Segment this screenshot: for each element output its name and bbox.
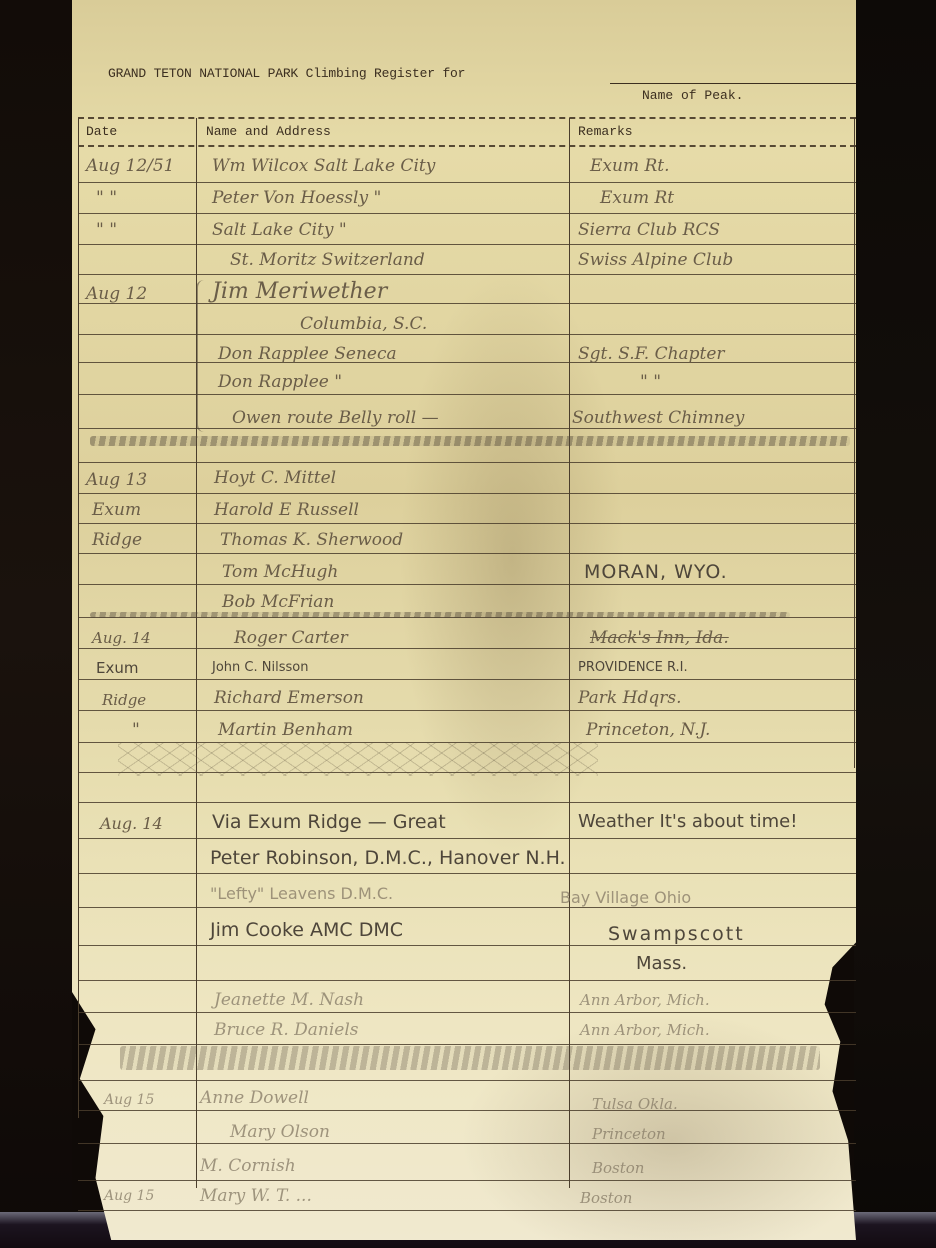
entry-date: Aug 13 [86, 468, 147, 492]
entry-date: Exum [96, 656, 138, 680]
entry-remarks: Ann Arbor, Mich. [580, 1018, 710, 1042]
row-line [78, 873, 856, 874]
row-line [78, 802, 856, 803]
row-line [78, 1012, 856, 1013]
row-line [78, 838, 856, 839]
entry-remarks: Boston [592, 1156, 644, 1180]
entry-name: John C. Nilsson [212, 656, 308, 680]
row-line [78, 1044, 856, 1045]
entry-name: Jeanette M. Nash [214, 988, 364, 1012]
table-top-border [78, 117, 856, 119]
row-line [78, 1080, 856, 1081]
row-line [78, 1110, 856, 1111]
entry-name: Wm Wilcox Salt Lake City [212, 154, 435, 178]
entry-name: Bob McFrian [222, 590, 334, 614]
entry-remarks: Bay Village Ohio [560, 886, 691, 910]
row-line [78, 1210, 856, 1211]
entry-remarks: Swiss Alpine Club [578, 248, 733, 272]
entry-name: Mary Olson [230, 1120, 330, 1144]
entry-name: Salt Lake City " [212, 218, 347, 242]
row-line [78, 334, 856, 335]
entry-name: Anne Dowell [200, 1086, 309, 1110]
name-column-divider [569, 118, 570, 1188]
column-header-date: Date [86, 124, 117, 139]
entry-name: Harold E Russell [214, 498, 359, 522]
entry-date: Aug. 14 [92, 626, 151, 650]
entry-date: " " [96, 186, 117, 210]
entry-remarks: Ann Arbor, Mich. [580, 988, 710, 1012]
entry-remarks: Mack's Inn, Ida. [590, 626, 729, 650]
entry-name: Bruce R. Daniels [214, 1018, 359, 1042]
entry-name: "Lefty" Leavens D.M.C. [210, 882, 393, 906]
entry-date: Ridge [92, 528, 142, 552]
row-line [78, 462, 856, 463]
entry-remarks: Sierra Club RCS [578, 218, 720, 242]
row-line [78, 493, 856, 494]
entry-name: Jim Cooke AMC DMC [210, 918, 403, 942]
entry-remarks: Princeton, N.J. [586, 718, 710, 742]
background-left [0, 0, 72, 1248]
row-line [78, 244, 856, 245]
scribbled-separator [90, 436, 850, 446]
entry-remarks: Princeton [592, 1122, 666, 1146]
header-bottom-border [78, 145, 856, 147]
entry-date: Aug 15 [104, 1088, 154, 1112]
scribbled-separator [90, 612, 790, 618]
row-line [78, 362, 856, 363]
entry-name: Columbia, S.C. [300, 312, 427, 336]
entry-name: Tom McHugh [222, 560, 338, 584]
entry-remarks: Southwest Chimney [572, 406, 744, 430]
entry-remarks: Park Hdqrs. [578, 686, 682, 710]
entry-name: Peter Von Hoessly " [212, 186, 381, 210]
row-line [78, 1180, 856, 1181]
entry-date: " [132, 718, 140, 742]
entry-name: M. Cornish [200, 1154, 296, 1178]
date-column-divider [196, 118, 197, 1188]
entry-remarks: Swampscott [608, 922, 745, 946]
row-line [78, 213, 856, 214]
row-line [78, 648, 856, 649]
entry-name: Don Rapplee " [218, 370, 342, 394]
background-right [854, 0, 936, 1248]
row-line [78, 182, 856, 183]
entry-name: Hoyt C. Mittel [214, 466, 336, 490]
entry-remarks: Exum Rt [600, 186, 674, 210]
row-line [78, 303, 856, 304]
entry-remarks: MORAN, WYO. [584, 560, 728, 584]
row-line [78, 274, 856, 275]
column-header-name: Name and Address [206, 124, 331, 139]
entry-remarks: " " [640, 370, 661, 394]
entry-date: Aug. 14 [100, 812, 163, 836]
entry-name: Owen route Belly roll — [232, 406, 439, 430]
entry-date: Aug 12/51 [86, 154, 175, 178]
entry-remarks: Tulsa Okla. [592, 1092, 678, 1116]
row-line [78, 1143, 856, 1144]
entry-name: Peter Robinson, D.M.C., Hanover N.H. [210, 846, 566, 870]
entry-date: Aug 12 [86, 282, 147, 306]
entry-name: Richard Emerson [214, 686, 364, 710]
row-line [78, 523, 856, 524]
row-line [78, 679, 856, 680]
entry-name: Jim Meriwether [212, 280, 387, 304]
row-line [78, 980, 856, 981]
entry-name: St. Moritz Switzerland [230, 248, 425, 272]
entry-date: Aug 15 [104, 1184, 154, 1208]
grouping-brace [196, 280, 208, 432]
entry-remarks: Exum Rt. [590, 154, 670, 178]
entry-name: Mary W. T. ... [200, 1184, 312, 1208]
row-line [78, 584, 856, 585]
entry-remarks: Mass. [636, 952, 687, 976]
table-right-border [854, 118, 855, 768]
entry-name: Thomas K. Sherwood [220, 528, 403, 552]
entry-remarks: Boston [580, 1186, 632, 1210]
entry-remarks: PROVIDENCE R.I. [578, 656, 688, 680]
entry-date: " " [96, 218, 117, 242]
row-line [78, 394, 856, 395]
entry-name: Roger Carter [234, 626, 348, 650]
column-header-remarks: Remarks [578, 124, 633, 139]
entry-date: Ridge [102, 688, 146, 712]
table-left-border [78, 118, 79, 1118]
row-line [78, 710, 856, 711]
entry-name: Don Rapplee Seneca [218, 342, 397, 366]
entry-name: Martin Benham [218, 718, 353, 742]
entry-name: Via Exum Ridge — Great [212, 810, 446, 834]
entry-remarks: Sgt. S.F. Chapter [578, 342, 725, 366]
crosshatch-marks [118, 742, 598, 776]
scribbled-out-entry [120, 1046, 820, 1070]
entry-remarks: Weather It's about time! [578, 810, 797, 834]
row-line [78, 907, 856, 908]
entry-date: Exum [92, 498, 141, 522]
row-line [78, 553, 856, 554]
